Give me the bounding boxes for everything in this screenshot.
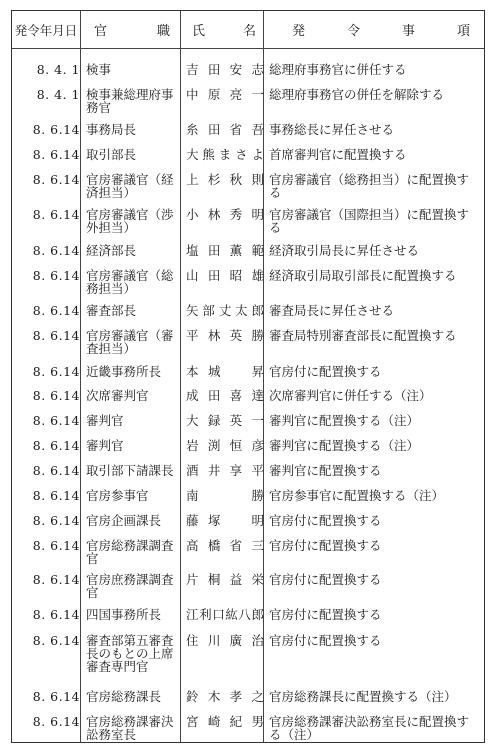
official-title: 四国事務所長 bbox=[86, 608, 178, 621]
name-char: 田 bbox=[208, 63, 221, 76]
name-char: 大 bbox=[186, 148, 199, 161]
person-name: 本城昇 bbox=[186, 365, 264, 378]
name-char: 木 bbox=[208, 690, 221, 703]
person-name: 南勝 bbox=[186, 489, 264, 502]
name-char: さ bbox=[235, 148, 248, 161]
appointment-action: 官房審議官（国際担当）に配置換する bbox=[269, 208, 481, 234]
name-char: 酒 bbox=[186, 464, 199, 477]
header-title: 官 職 bbox=[94, 11, 170, 48]
name-char: 平 bbox=[186, 329, 199, 342]
name-char: 林 bbox=[208, 208, 221, 221]
name-char: 志 bbox=[251, 63, 264, 76]
issue-date: 8. 6.14 bbox=[12, 608, 80, 621]
name-char: 則 bbox=[251, 173, 264, 186]
appointment-action: 経済取引局長に昇任させる bbox=[269, 244, 481, 257]
person-name: 矢部丈太郎 bbox=[186, 304, 264, 317]
header-name-char: 名 bbox=[243, 20, 256, 39]
person-name: 糸田省吾 bbox=[186, 123, 264, 136]
official-title: 官房審議官（審査担当） bbox=[86, 329, 178, 355]
issue-date: 8. 6.14 bbox=[12, 539, 80, 552]
issue-date: 8. 4. 1 bbox=[12, 63, 80, 76]
issue-date: 8. 6.14 bbox=[12, 208, 80, 221]
official-title: 官房総務課審決訟務室長 bbox=[86, 715, 178, 741]
name-char: 田 bbox=[208, 123, 221, 136]
name-char: 太 bbox=[235, 304, 248, 317]
name-char: 丈 bbox=[219, 304, 232, 317]
appointment-action: 官房付に配置換する bbox=[269, 365, 481, 378]
official-title: 官房審議官（渉外担当） bbox=[86, 208, 178, 234]
person-name: 江利口紘八郎 bbox=[186, 608, 264, 621]
name-char: 崎 bbox=[208, 715, 221, 728]
issue-date: 8. 4. 1 bbox=[12, 88, 80, 101]
official-title: 官房企画課長 bbox=[86, 514, 178, 527]
name-char: 橋 bbox=[208, 539, 221, 552]
name-char: 益 bbox=[230, 573, 243, 586]
header-action: 発 令 事 項 bbox=[292, 11, 470, 48]
name-char: 秀 bbox=[230, 208, 243, 221]
name-char: 住 bbox=[186, 634, 199, 647]
name-char: 之 bbox=[251, 690, 264, 703]
issue-date: 8. 6.14 bbox=[12, 269, 80, 282]
name-char bbox=[230, 365, 242, 378]
person-name: 藤塚明 bbox=[186, 514, 264, 527]
appointment-action: 審判官に配置換する（注） bbox=[269, 439, 481, 452]
name-char: 範 bbox=[251, 244, 264, 257]
issue-date: 8. 6.14 bbox=[12, 573, 80, 586]
name-char: 治 bbox=[251, 634, 264, 647]
name-char: 勝 bbox=[251, 329, 264, 342]
column-divider bbox=[80, 11, 81, 742]
person-name: 高橋省三 bbox=[186, 539, 264, 552]
name-char: 紀 bbox=[230, 715, 243, 728]
name-char: 吉 bbox=[186, 63, 199, 76]
name-char: 部 bbox=[202, 304, 215, 317]
appointment-action: 総理府事務官に併任する bbox=[269, 63, 481, 76]
name-char: 栄 bbox=[251, 573, 264, 586]
personnel-table: 発令年月日 官 職 氏 名 発 令 事 項 8. 4. 1検事吉田安志総理府事務… bbox=[11, 10, 485, 743]
name-char: 廣 bbox=[230, 634, 243, 647]
appointment-action: 官房付に配置換する bbox=[269, 514, 481, 527]
name-char: 喜 bbox=[230, 389, 243, 402]
name-char: 成 bbox=[186, 389, 199, 402]
issue-date: 8. 6.14 bbox=[12, 715, 80, 728]
official-title: 審査部長 bbox=[86, 304, 178, 317]
appointment-action: 審査局特別審査部長に配置換する bbox=[269, 329, 481, 342]
appointment-action: 官房付に配置換する bbox=[269, 634, 481, 647]
person-name: 中原亮一 bbox=[186, 88, 264, 101]
official-title: 検事兼総理府事務官 bbox=[86, 88, 178, 114]
name-char: 一 bbox=[251, 88, 264, 101]
name-char: 鈴 bbox=[186, 690, 199, 703]
header-name-char: 氏 bbox=[192, 20, 205, 39]
name-char: 塚 bbox=[208, 514, 221, 527]
person-name: 岩渕恒彦 bbox=[186, 439, 264, 452]
appointment-action: 官房付に配置換する bbox=[269, 573, 481, 586]
name-char bbox=[230, 514, 242, 527]
name-char: 田 bbox=[208, 244, 221, 257]
official-title: 審判官 bbox=[86, 414, 178, 427]
appointment-action: 経済取引局取引部長に配置換する bbox=[269, 269, 481, 282]
name-char: 昭 bbox=[230, 269, 243, 282]
issue-date: 8. 6.14 bbox=[12, 365, 80, 378]
official-title: 審判官 bbox=[86, 439, 178, 452]
name-char: 片 bbox=[186, 573, 199, 586]
name-char: 上 bbox=[186, 173, 199, 186]
appointment-action: 官房総務課長に配置換する（注） bbox=[269, 690, 481, 703]
official-title: 事務局長 bbox=[86, 123, 178, 136]
issue-date: 8. 6.14 bbox=[12, 634, 80, 647]
appointment-action: 次席審判官に併任する（注） bbox=[269, 389, 481, 402]
appointment-action: 審判官に配置換する bbox=[269, 464, 481, 477]
issue-date: 8. 6.14 bbox=[12, 690, 80, 703]
person-name: 酒井享平 bbox=[186, 464, 264, 477]
issue-date: 8. 6.14 bbox=[12, 329, 80, 342]
name-char: よ bbox=[251, 148, 264, 161]
name-char: 明 bbox=[251, 514, 264, 527]
issue-date: 8. 6.14 bbox=[12, 514, 80, 527]
name-char: 吾 bbox=[251, 123, 264, 136]
person-name: 住川廣治 bbox=[186, 634, 264, 647]
person-name: 小林秀明 bbox=[186, 208, 264, 221]
header-title-char: 官 bbox=[94, 20, 107, 39]
name-char: 田 bbox=[208, 389, 221, 402]
name-char: 享 bbox=[230, 464, 243, 477]
appointment-action: 官房審議官（総務担当）に配置換する bbox=[269, 173, 481, 199]
name-char: 男 bbox=[251, 715, 264, 728]
name-char: 郎 bbox=[251, 608, 264, 621]
name-char: 原 bbox=[208, 88, 221, 101]
name-char: 薫 bbox=[230, 244, 243, 257]
official-title: 官房庶務課調査官 bbox=[86, 573, 178, 599]
header-title-char: 職 bbox=[157, 20, 170, 39]
column-divider bbox=[180, 11, 181, 742]
name-char: 恒 bbox=[230, 439, 243, 452]
name-char: 一 bbox=[251, 414, 264, 427]
person-name: 平林英勝 bbox=[186, 329, 264, 342]
name-char: 紘 bbox=[225, 608, 238, 621]
name-char: 孝 bbox=[230, 690, 243, 703]
name-char: 大 bbox=[186, 414, 199, 427]
header-action-char: 令 bbox=[347, 20, 360, 39]
official-title: 経済部長 bbox=[86, 244, 178, 257]
official-title: 官房審議官（経済担当） bbox=[86, 173, 178, 199]
name-char: 英 bbox=[230, 414, 243, 427]
appointment-action: 官房付に配置換する bbox=[269, 539, 481, 552]
issue-date: 8. 6.14 bbox=[12, 414, 80, 427]
name-char: 熊 bbox=[202, 148, 215, 161]
person-name: 鈴木孝之 bbox=[186, 690, 264, 703]
name-char: 達 bbox=[251, 389, 264, 402]
person-name: 吉田安志 bbox=[186, 63, 264, 76]
name-char: 井 bbox=[208, 464, 221, 477]
name-char: 英 bbox=[230, 329, 243, 342]
official-title: 取引部下請課長 bbox=[86, 464, 178, 477]
name-char: 省 bbox=[230, 123, 243, 136]
name-char: 中 bbox=[186, 88, 199, 101]
name-char: 口 bbox=[212, 608, 225, 621]
name-char: 渕 bbox=[208, 439, 221, 452]
name-char: 田 bbox=[208, 269, 221, 282]
name-char: 利 bbox=[199, 608, 212, 621]
person-name: 山田昭雄 bbox=[186, 269, 264, 282]
official-title: 検事 bbox=[86, 63, 178, 76]
header-date: 発令年月日 bbox=[12, 11, 80, 48]
name-char: 安 bbox=[230, 63, 243, 76]
name-char: 三 bbox=[251, 539, 264, 552]
person-name: 上杉秋則 bbox=[186, 173, 264, 186]
name-char: 勝 bbox=[251, 489, 264, 502]
name-char: 本 bbox=[186, 365, 199, 378]
name-char: 彦 bbox=[251, 439, 264, 452]
name-char: 高 bbox=[186, 539, 199, 552]
header-action-char: 項 bbox=[457, 20, 470, 39]
name-char: 岩 bbox=[186, 439, 199, 452]
name-char: 糸 bbox=[186, 123, 199, 136]
person-name: 大熊まさよ bbox=[186, 148, 264, 161]
name-char bbox=[208, 489, 220, 502]
name-char: 杉 bbox=[208, 173, 221, 186]
name-char: 塩 bbox=[186, 244, 199, 257]
name-char: 雄 bbox=[251, 269, 264, 282]
name-char: 山 bbox=[186, 269, 199, 282]
official-title: 官房総務課調査官 bbox=[86, 539, 178, 565]
official-title: 取引部長 bbox=[86, 148, 178, 161]
issue-date: 8. 6.14 bbox=[12, 173, 80, 186]
appointment-action: 事務総長に昇任させる bbox=[269, 123, 481, 136]
person-name: 宮崎紀男 bbox=[186, 715, 264, 728]
official-title: 官房審議官（総務担当） bbox=[86, 269, 178, 295]
appointment-action: 官房総務課審決訟務室長に配置換する（注） bbox=[269, 715, 481, 741]
name-char: ま bbox=[219, 148, 232, 161]
name-char: 明 bbox=[251, 208, 264, 221]
name-char: 小 bbox=[186, 208, 199, 221]
name-char: 城 bbox=[208, 365, 221, 378]
name-char: 郎 bbox=[251, 304, 264, 317]
appointment-action: 首席審判官に配置換する bbox=[269, 148, 481, 161]
name-char: 藤 bbox=[186, 514, 199, 527]
person-name: 成田喜達 bbox=[186, 389, 264, 402]
appointment-action: 審査局長に昇任させる bbox=[269, 304, 481, 317]
name-char: 平 bbox=[251, 464, 264, 477]
appointment-action: 官房参事官に配置換する（注） bbox=[269, 489, 481, 502]
header-action-char: 事 bbox=[402, 20, 415, 39]
name-char: 桐 bbox=[208, 573, 221, 586]
official-title: 次席審判官 bbox=[86, 389, 178, 402]
header-name: 氏 名 bbox=[192, 11, 256, 48]
person-name: 大録英一 bbox=[186, 414, 264, 427]
person-name: 塩田薫範 bbox=[186, 244, 264, 257]
name-char: 秋 bbox=[230, 173, 243, 186]
name-char: 録 bbox=[208, 414, 221, 427]
name-char: 川 bbox=[208, 634, 221, 647]
issue-date: 8. 6.14 bbox=[12, 389, 80, 402]
official-title: 官房総務課長 bbox=[86, 690, 178, 703]
official-title: 官房参事官 bbox=[86, 489, 178, 502]
name-char: 宮 bbox=[186, 715, 199, 728]
appointment-action: 審判官に配置換する（注） bbox=[269, 414, 481, 427]
name-char: 矢 bbox=[186, 304, 199, 317]
person-name: 片桐益栄 bbox=[186, 573, 264, 586]
name-char: 昇 bbox=[251, 365, 264, 378]
issue-date: 8. 6.14 bbox=[12, 244, 80, 257]
issue-date: 8. 6.14 bbox=[12, 464, 80, 477]
official-title: 審査部第五審査長のもとの上席審査専門官 bbox=[86, 634, 178, 673]
name-char: 八 bbox=[238, 608, 251, 621]
name-char: 省 bbox=[230, 539, 243, 552]
name-char: 江 bbox=[186, 608, 199, 621]
official-title: 近畿事務所長 bbox=[86, 365, 178, 378]
name-char: 林 bbox=[208, 329, 221, 342]
name-char: 南 bbox=[186, 489, 199, 502]
issue-date: 8. 6.14 bbox=[12, 304, 80, 317]
issue-date: 8. 6.14 bbox=[12, 489, 80, 502]
issue-date: 8. 6.14 bbox=[12, 123, 80, 136]
issue-date: 8. 6.14 bbox=[12, 148, 80, 161]
issue-date: 8. 6.14 bbox=[12, 439, 80, 452]
name-char: 亮 bbox=[230, 88, 243, 101]
appointment-action: 総理府事務官の併任を解除する bbox=[269, 88, 481, 101]
appointment-action: 官房付に配置換する bbox=[269, 608, 481, 621]
header-divider bbox=[12, 48, 484, 49]
name-char bbox=[230, 489, 242, 502]
header-action-char: 発 bbox=[292, 20, 305, 39]
